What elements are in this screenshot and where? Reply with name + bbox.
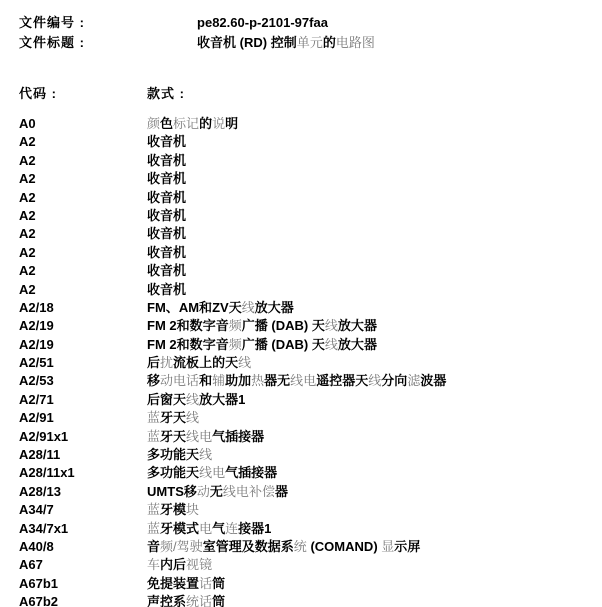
light-glyph: 驾 bbox=[177, 539, 190, 554]
light-glyph: 连 bbox=[225, 521, 238, 536]
code-cell: A34/7x1 bbox=[19, 520, 147, 538]
light-glyph: 线 bbox=[290, 373, 303, 388]
light-glyph: 统 bbox=[186, 594, 199, 607]
code-cell: A2/91 bbox=[19, 409, 147, 427]
light-glyph: 滤 bbox=[407, 373, 420, 388]
code-cell: A2 bbox=[19, 244, 147, 262]
description-cell: 收音机 bbox=[147, 152, 602, 170]
table-row: A2收音机 bbox=[19, 133, 602, 151]
light-glyph: 蓝 bbox=[147, 502, 160, 517]
light-glyph: 电 bbox=[236, 484, 249, 499]
description-cell: 后扰流板上的天线 bbox=[147, 354, 602, 372]
table-row: A2收音机 bbox=[19, 152, 602, 170]
description-cell: 收音机 bbox=[147, 133, 602, 151]
light-glyph: 显 bbox=[381, 539, 394, 554]
light-glyph: 记 bbox=[186, 116, 199, 131]
document-number-row: 文件编号 : pe82.60-p-2101-97faa bbox=[19, 13, 602, 33]
table-row: A34/7x1蓝牙模式电气连接器1 bbox=[19, 520, 602, 538]
code-cell: A2 bbox=[19, 152, 147, 170]
code-cell: A2/53 bbox=[19, 372, 147, 390]
description-cell: FM、AM和ZV天线放大器 bbox=[147, 299, 602, 317]
table-row: A2/91x1蓝牙天线电气插接器 bbox=[19, 428, 602, 446]
light-glyph: 线 bbox=[186, 392, 199, 407]
light-glyph: 电 bbox=[336, 35, 349, 50]
code-cell: A67b2 bbox=[19, 593, 147, 607]
light-glyph: 块 bbox=[186, 502, 199, 517]
code-cell: A28/11x1 bbox=[19, 464, 147, 482]
light-glyph: 补 bbox=[249, 484, 262, 499]
table-row: A28/11x1多功能天线电气插接器 bbox=[19, 464, 602, 482]
light-glyph: 话 bbox=[186, 373, 199, 388]
light-glyph: 动 bbox=[197, 484, 210, 499]
light-glyph: 话 bbox=[199, 594, 212, 607]
light-glyph: 电 bbox=[199, 521, 212, 536]
description-cell: 蓝牙模块 bbox=[147, 501, 602, 519]
description-cell: FM 2和数字音频广播 (DAB) 天线放大器 bbox=[147, 317, 602, 335]
table-row: A2/71后窗天线放大器1 bbox=[19, 391, 602, 409]
light-glyph: 线 bbox=[325, 318, 338, 333]
code-cell: A2 bbox=[19, 207, 147, 225]
light-glyph: 统 bbox=[294, 539, 307, 554]
description-cell: 收音机 bbox=[147, 207, 602, 225]
light-glyph: 频 bbox=[160, 539, 173, 554]
document-page: 文件编号 : pe82.60-p-2101-97faa 文件标题 : 收音机 (… bbox=[0, 0, 602, 607]
document-title-label: 文件标题 : bbox=[19, 33, 197, 53]
code-cell: A2 bbox=[19, 133, 147, 151]
description-cell: 收音机 bbox=[147, 189, 602, 207]
table-row: A40/8音频/驾驶室管理及数据系统 (COMAND) 显示屏 bbox=[19, 538, 602, 556]
code-cell: A28/13 bbox=[19, 483, 147, 501]
code-cell: A2/71 bbox=[19, 391, 147, 409]
code-cell: A2/19 bbox=[19, 317, 147, 335]
document-header: 文件编号 : pe82.60-p-2101-97faa 文件标题 : 收音机 (… bbox=[19, 13, 602, 53]
table-row: A2收音机 bbox=[19, 225, 602, 243]
table-row: A2/91蓝牙天线 bbox=[19, 409, 602, 427]
description-cell: 蓝牙模式电气连接器1 bbox=[147, 520, 602, 538]
description-cell: 移动电话和辅助加热器无线电遥控器天线分向滤波器 bbox=[147, 372, 602, 390]
code-cell: A2 bbox=[19, 262, 147, 280]
table-row: A2收音机 bbox=[19, 189, 602, 207]
light-glyph: 单 bbox=[297, 35, 310, 50]
code-cell: A67 bbox=[19, 556, 147, 574]
table-row: A2收音机 bbox=[19, 207, 602, 225]
table-row: A2/51后扰流板上的天线 bbox=[19, 354, 602, 372]
light-glyph: 电 bbox=[199, 429, 212, 444]
light-glyph: 线 bbox=[238, 355, 251, 370]
code-cell: A2/19 bbox=[19, 336, 147, 354]
table-row: A2/19FM 2和数字音频广播 (DAB) 天线放大器 bbox=[19, 317, 602, 335]
code-cell: A0 bbox=[19, 115, 147, 133]
light-glyph: 电 bbox=[303, 373, 316, 388]
description-cell: UMTS移动无线电补偿器 bbox=[147, 483, 602, 501]
light-glyph: 蓝 bbox=[147, 521, 160, 536]
table-row: A67b1免提装置话筒 bbox=[19, 575, 602, 593]
table-row: A34/7蓝牙模块 bbox=[19, 501, 602, 519]
table-row: A2收音机 bbox=[19, 170, 602, 188]
light-glyph: 驶 bbox=[190, 539, 203, 554]
code-cell: A34/7 bbox=[19, 501, 147, 519]
light-glyph: 线 bbox=[368, 373, 381, 388]
column-header-row: 代码 : 款式 : bbox=[19, 85, 602, 103]
light-glyph: 元 bbox=[310, 35, 323, 50]
light-glyph: 线 bbox=[223, 484, 236, 499]
light-glyph: 频 bbox=[229, 318, 242, 333]
description-cell: 多功能天线 bbox=[147, 446, 602, 464]
description-cell: 颜色标记的说明 bbox=[147, 115, 602, 133]
code-cell: A2 bbox=[19, 225, 147, 243]
table-row: A2/19FM 2和数字音频广播 (DAB) 天线放大器 bbox=[19, 336, 602, 354]
light-glyph: 标 bbox=[173, 116, 186, 131]
light-glyph: 偿 bbox=[262, 484, 275, 499]
table-row: A2收音机 bbox=[19, 262, 602, 280]
code-cell: A67b1 bbox=[19, 575, 147, 593]
table-row: A28/13UMTS移动无线电补偿器 bbox=[19, 483, 602, 501]
code-cell: A2 bbox=[19, 281, 147, 299]
table-row: A28/11多功能天线 bbox=[19, 446, 602, 464]
code-cell: A2/91x1 bbox=[19, 428, 147, 446]
table-row: A67车内后视镜 bbox=[19, 556, 602, 574]
table-row: A0颜色标记的说明 bbox=[19, 115, 602, 133]
code-cell: A2/51 bbox=[19, 354, 147, 372]
code-cell: A28/11 bbox=[19, 446, 147, 464]
light-glyph: 辅 bbox=[212, 373, 225, 388]
description-cell: 蓝牙天线电气插接器 bbox=[147, 428, 602, 446]
light-glyph: 动 bbox=[160, 373, 173, 388]
style-column-header: 款式 : bbox=[147, 85, 602, 103]
light-glyph: 视 bbox=[186, 557, 199, 572]
light-glyph: 路 bbox=[349, 35, 362, 50]
light-glyph: 电 bbox=[212, 465, 225, 480]
description-cell: FM 2和数字音频广播 (DAB) 天线放大器 bbox=[147, 336, 602, 354]
document-title-row: 文件标题 : 收音机 (RD) 控制单元的电路图 bbox=[19, 33, 602, 53]
component-code-list: A0颜色标记的说明A2收音机A2收音机A2收音机A2收音机A2收音机A2收音机A… bbox=[19, 115, 602, 607]
description-cell: 声控系统话筒 bbox=[147, 593, 602, 607]
description-cell: 收音机 bbox=[147, 170, 602, 188]
light-glyph: 颜 bbox=[147, 116, 160, 131]
table-row: A2收音机 bbox=[19, 281, 602, 299]
table-row: A2/53移动电话和辅助加热器无线电遥控器天线分向滤波器 bbox=[19, 372, 602, 390]
light-glyph: 频 bbox=[229, 337, 242, 352]
light-glyph: 扰 bbox=[160, 355, 173, 370]
description-cell: 免提装置话筒 bbox=[147, 575, 602, 593]
light-glyph: 车 bbox=[147, 557, 160, 572]
light-glyph: 线 bbox=[325, 337, 338, 352]
table-row: A2/18FM、AM和ZV天线放大器 bbox=[19, 299, 602, 317]
light-glyph: 热 bbox=[251, 373, 264, 388]
code-cell: A40/8 bbox=[19, 538, 147, 556]
description-cell: 多功能天线电气插接器 bbox=[147, 464, 602, 482]
code-cell: A2/18 bbox=[19, 299, 147, 317]
light-glyph: 线 bbox=[199, 465, 212, 480]
description-cell: 收音机 bbox=[147, 281, 602, 299]
table-row: A67b2声控系统话筒 bbox=[19, 593, 602, 607]
light-glyph: 镜 bbox=[199, 557, 212, 572]
light-glyph: 图 bbox=[362, 35, 375, 50]
document-title-value: 收音机 (RD) 控制单元的电路图 bbox=[197, 33, 602, 53]
code-cell: A2 bbox=[19, 170, 147, 188]
description-cell: 收音机 bbox=[147, 225, 602, 243]
description-cell: 后窗天线放大器1 bbox=[147, 391, 602, 409]
code-column-header: 代码 : bbox=[19, 85, 147, 103]
light-glyph: 线 bbox=[186, 429, 199, 444]
light-glyph: 电 bbox=[173, 373, 186, 388]
table-row: A2收音机 bbox=[19, 244, 602, 262]
light-glyph: 说 bbox=[212, 116, 225, 131]
description-cell: 车内后视镜 bbox=[147, 556, 602, 574]
code-cell: A2 bbox=[19, 189, 147, 207]
light-glyph: 线 bbox=[186, 410, 199, 425]
description-cell: 收音机 bbox=[147, 244, 602, 262]
description-cell: 收音机 bbox=[147, 262, 602, 280]
light-glyph: 线 bbox=[242, 300, 255, 315]
document-number-label: 文件编号 : bbox=[19, 13, 197, 33]
light-glyph: 蓝 bbox=[147, 429, 160, 444]
light-glyph: 线 bbox=[199, 447, 212, 462]
light-glyph: 话 bbox=[199, 576, 212, 591]
description-cell: 音频/驾驶室管理及数据系统 (COMAND) 显示屏 bbox=[147, 538, 602, 556]
document-number-value: pe82.60-p-2101-97faa bbox=[197, 13, 602, 33]
description-cell: 蓝牙天线 bbox=[147, 409, 602, 427]
light-glyph: 蓝 bbox=[147, 410, 160, 425]
